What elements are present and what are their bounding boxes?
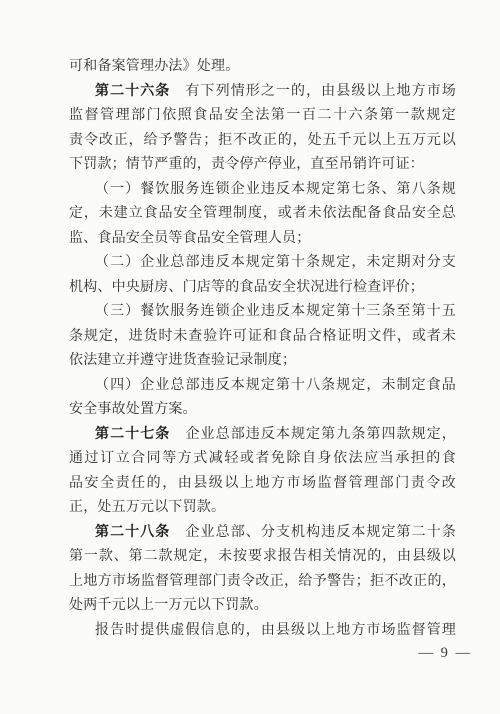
text-line: 依法建立并遵守进货查验记录制度；: [69, 349, 456, 374]
article-26: 第二十六条 有下列情形之一的，由县级以上地方市场监督管理部门依照食品安全法第一百…: [69, 80, 456, 178]
text-line: 第二十八条 企业总部、分支机构违反本规定第二十条: [69, 521, 456, 546]
document-page: 可和备案管理办法》处理。第二十六条 有下列情形之一的，由县级以上地方市场监督管理…: [0, 0, 500, 714]
text-line: 第一款、第二款规定，未按要求报告相关情况的，由县级以: [69, 545, 456, 570]
text-line: （一）餐饮服务连锁企业违反本规定第七条、第八条规: [69, 178, 456, 203]
text-line: 监、食品安全员等食品安全管理人员；: [69, 227, 456, 252]
text-line: 监督管理部门依照食品安全法第一百二十六条第一款规定: [69, 104, 456, 129]
text-line: 第二十六条 有下列情形之一的，由县级以上地方市场: [69, 80, 456, 105]
text-line: 品安全责任的，由县级以上地方市场监督管理部门责令改: [69, 472, 456, 497]
article-number: 第二十八条: [95, 525, 170, 540]
text-line: 条规定，进货时未查验许可证和食品合格证明文件，或者未: [69, 325, 456, 350]
text-line: 定，未建立食品安全管理制度，或者未依法配备食品安全总: [69, 202, 456, 227]
text-line: 第二十七条 企业总部违反本规定第九条第四款规定，: [69, 423, 456, 448]
text-line: 处两千元以上一万元以下罚款。: [69, 594, 456, 619]
text-block: 可和备案管理办法》处理。第二十六条 有下列情形之一的，由县级以上地方市场监督管理…: [69, 55, 456, 643]
text-line: 报告时提供虚假信息的，由县级以上地方市场监督管理: [69, 619, 456, 644]
item-4: （四）企业总部违反本规定第十八条规定，未制定食品安全事故处置方案。: [69, 374, 456, 423]
article-number: 第二十七条: [95, 427, 170, 442]
article-28: 第二十八条 企业总部、分支机构违反本规定第二十条第一款、第二款规定，未按要求报告…: [69, 521, 456, 619]
text-line: （二）企业总部违反本规定第十条规定，未定期对分支: [69, 251, 456, 276]
item-3: （三）餐饮服务连锁企业违反本规定第十三条至第十五条规定，进货时未查验许可证和食品…: [69, 300, 456, 374]
article-27: 第二十七条 企业总部违反本规定第九条第四款规定，通过订立合同等方式减轻或者免除自…: [69, 423, 456, 521]
text-line: 可和备案管理办法》处理。: [69, 55, 456, 80]
text-line: （四）企业总部违反本规定第十八条规定，未制定食品: [69, 374, 456, 399]
text-line: 通过订立合同等方式减轻或者免除自身依法应当承担的食: [69, 447, 456, 472]
item-2: （二）企业总部违反本规定第十条规定，未定期对分支机构、中央厨房、门店等的食品安全…: [69, 251, 456, 300]
article-number: 第二十六条: [95, 84, 170, 99]
text-line: 下罚款；情节严重的，责令停产停业，直至吊销许可证：: [69, 153, 456, 178]
para-false-report: 报告时提供虚假信息的，由县级以上地方市场监督管理: [69, 619, 456, 644]
text-line: 上地方市场监督管理部门责令改正，给予警告；拒不改正的，: [69, 570, 456, 595]
text-line: 正，处五万元以下罚款。: [69, 496, 456, 521]
text-line: 安全事故处置方案。: [69, 398, 456, 423]
text-line: 机构、中央厨房、门店等的食品安全状况进行检查评价；: [69, 276, 456, 301]
para-continuation: 可和备案管理办法》处理。: [69, 55, 456, 80]
text-line: 责令改正，给予警告；拒不改正的，处五千元以上五万元以: [69, 129, 456, 154]
text-line: （三）餐饮服务连锁企业违反本规定第十三条至第十五: [69, 300, 456, 325]
page-number: — 9 —: [419, 643, 473, 663]
item-1: （一）餐饮服务连锁企业违反本规定第七条、第八条规定，未建立食品安全管理制度，或者…: [69, 178, 456, 252]
